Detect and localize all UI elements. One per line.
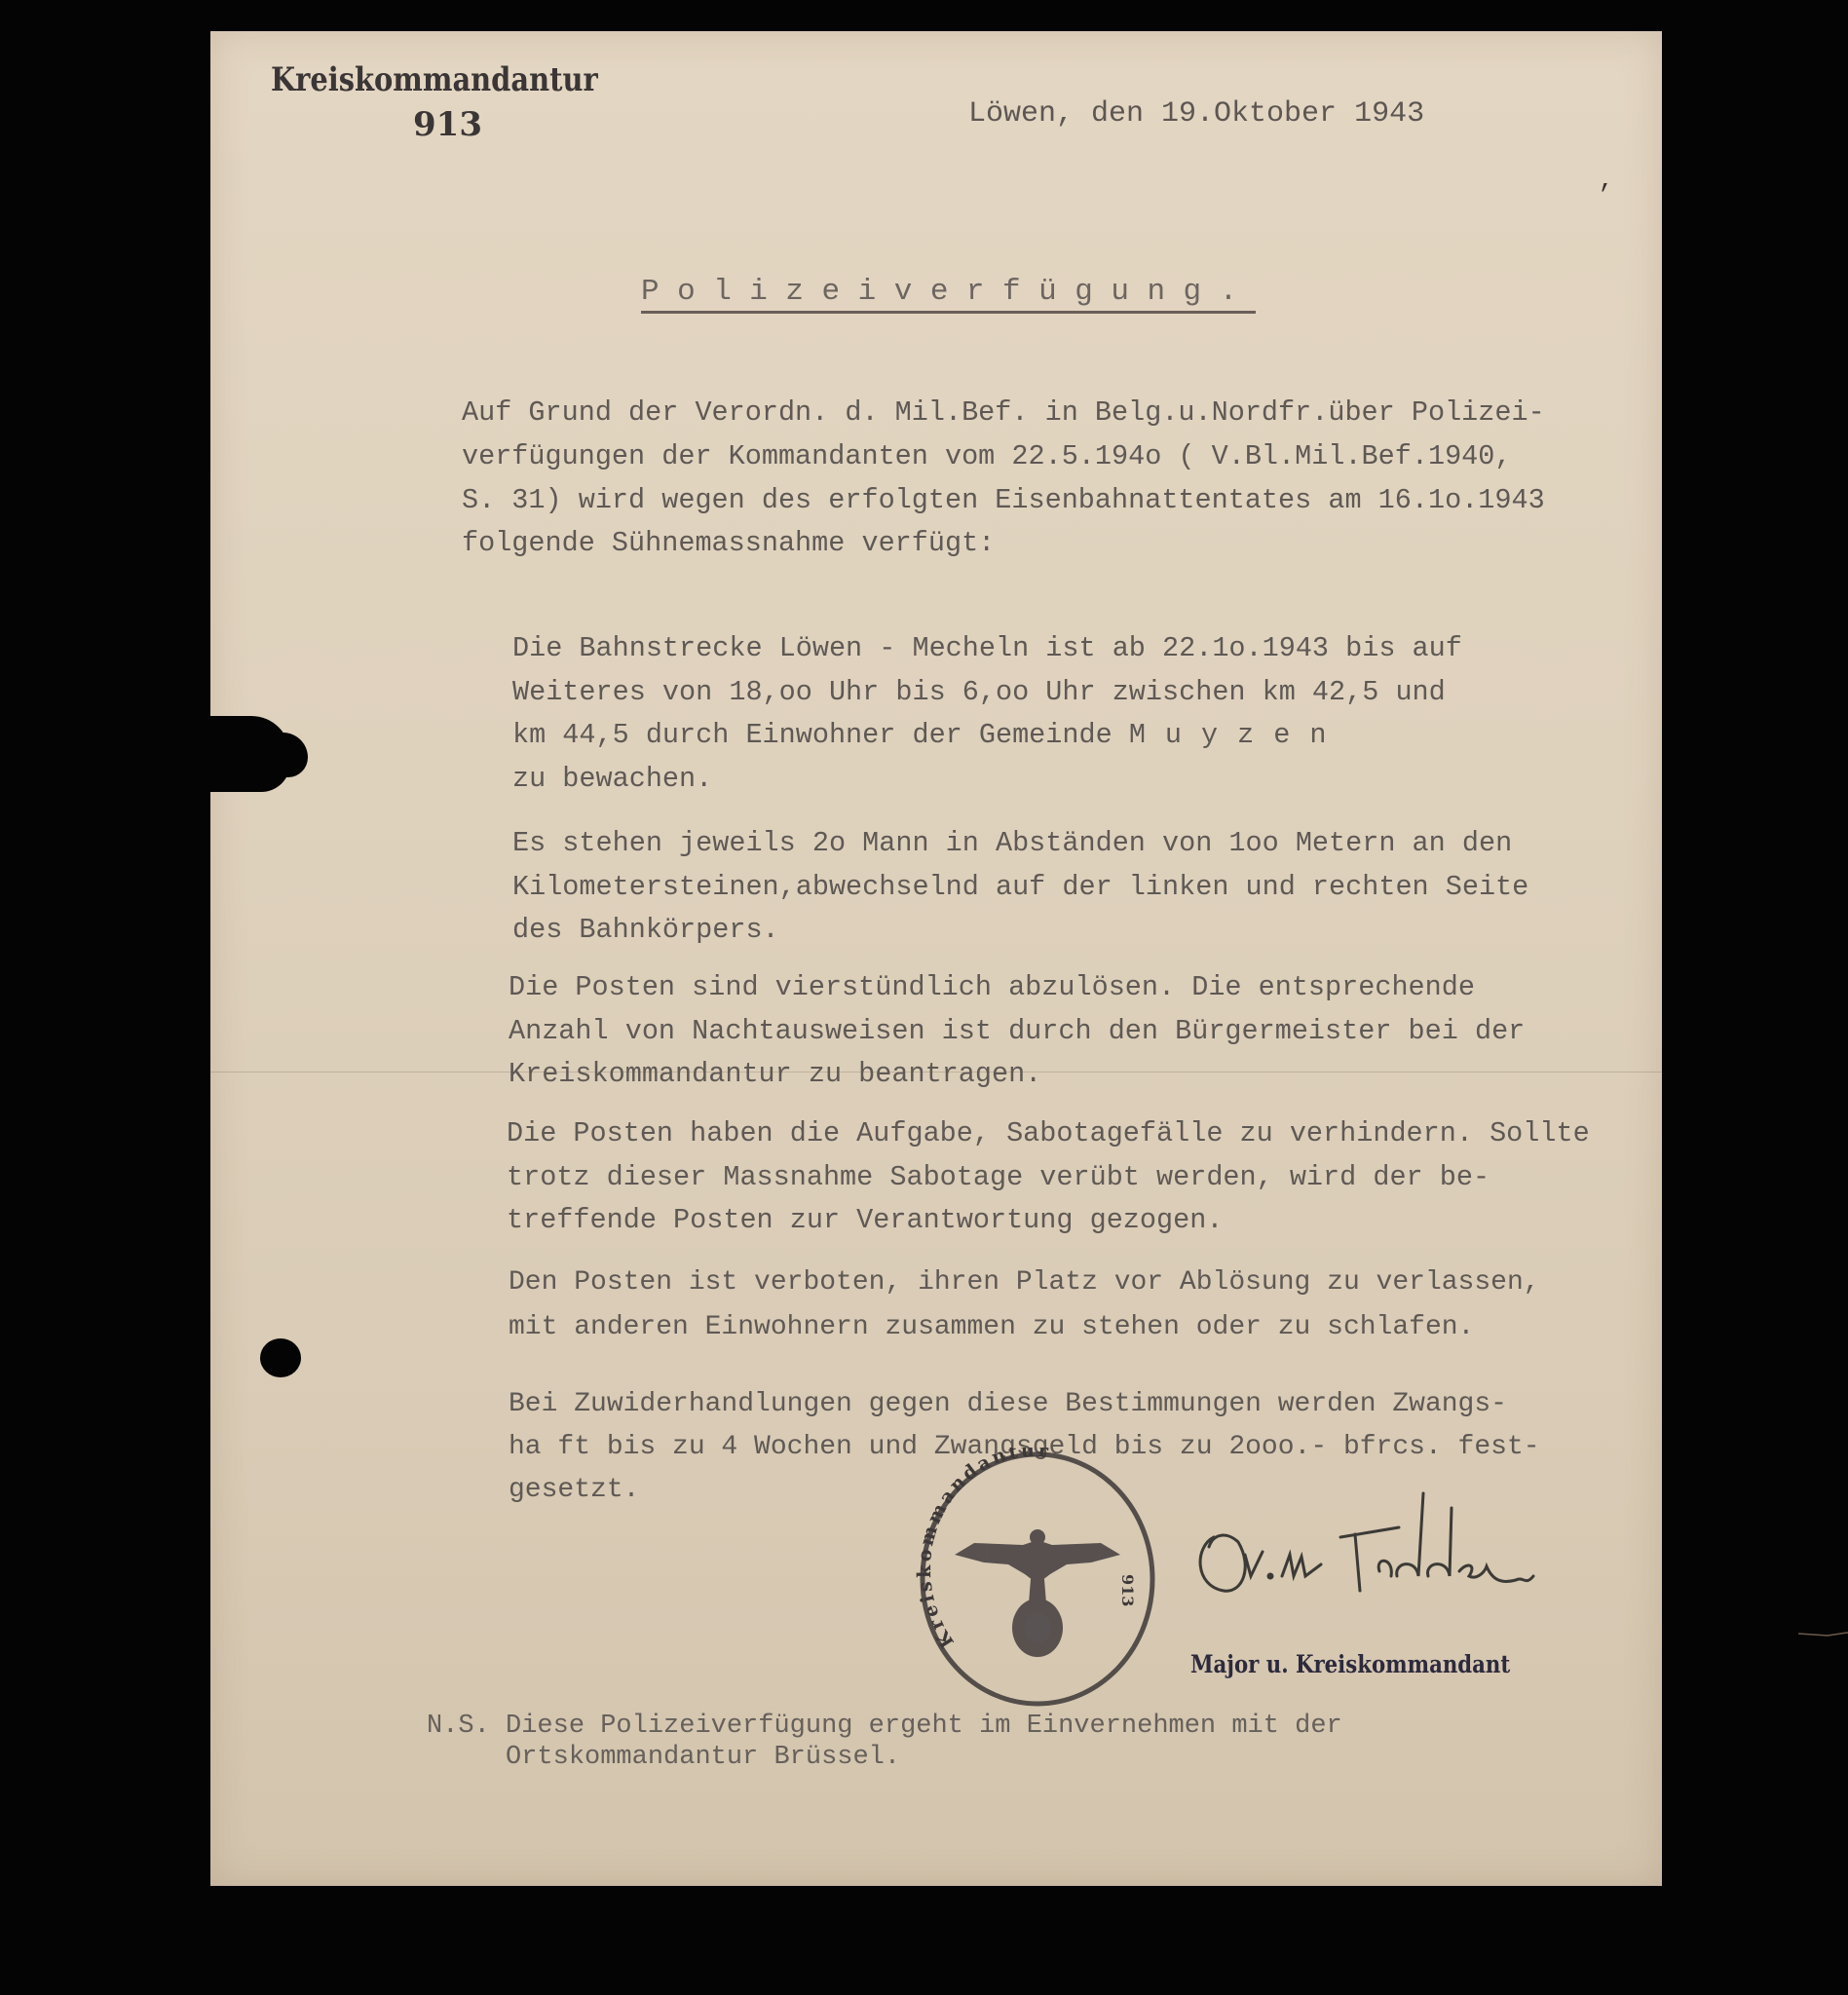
paragraph-relief: Die Posten sind vierstündlich abzulösen.… — [509, 966, 1525, 1097]
letterhead-number: 913 — [413, 105, 482, 144]
paragraph-duty: Die Posten haben die Aufgabe, Sabotagefä… — [507, 1112, 1590, 1243]
text-line: zu bewachen. — [512, 758, 1462, 802]
edge-tear — [1798, 1624, 1848, 1643]
text-line: Bei Zuwiderhandlungen gegen diese Bestim… — [509, 1383, 1540, 1426]
intro-paragraph: Auf Grund der Verordn. d. Mil.Bef. in Be… — [462, 392, 1545, 566]
text-line: Anzahl von Nachtausweisen ist durch den … — [509, 1010, 1525, 1054]
text-line: Die Bahnstrecke Löwen - Mecheln ist ab 2… — [512, 627, 1462, 671]
stamp-number: 913 — [1118, 1574, 1137, 1606]
margin-mark: , — [1599, 166, 1614, 195]
text-line: Weiteres von 18,oo Uhr bis 6,oo Uhr zwis… — [512, 671, 1462, 715]
text-line: S. 31) wird wegen des erfolgten Eisenbah… — [462, 479, 1545, 523]
text-line: verfügungen der Kommandanten vom 22.5.19… — [462, 435, 1545, 479]
text-line: Kreiskommandantur zu beantragen. — [509, 1053, 1525, 1097]
official-stamp: Kreiskommandantur 913 — [916, 1448, 1159, 1711]
torn-edge-detail — [203, 733, 308, 777]
text-line: Kilometersteinen,abwechselnd auf der lin… — [512, 866, 1528, 910]
place-date: Löwen, den 19.Oktober 1943 — [968, 97, 1424, 131]
text-line: des Bahnkörpers. — [512, 909, 1528, 953]
paragraph-prohibitions: Den Posten ist verboten, ihren Platz vor… — [509, 1261, 1540, 1350]
text-line: Auf Grund der Verordn. d. Mil.Bef. in Be… — [462, 392, 1545, 435]
text-line: Ortskommandantur Brüssel. — [427, 1742, 1342, 1773]
text-line: trotz dieser Massnahme Sabotage verübt w… — [507, 1156, 1590, 1200]
text-line: folgende Sühnemassnahme verfügt: — [462, 522, 1545, 566]
letterhead-organization: Kreiskommandantur — [271, 60, 598, 99]
text-line: treffende Posten zur Verantwortung gezog… — [507, 1199, 1590, 1243]
text-line: Die Posten sind vierstündlich abzulösen.… — [509, 966, 1525, 1010]
paragraph-posting: Es stehen jeweils 2o Mann in Abständen v… — [512, 822, 1528, 953]
text-line: N.S. Diese Polizeiverfügung ergeht im Ei… — [427, 1711, 1342, 1742]
signer-title: Major u. Kreiskommandant — [1190, 1650, 1510, 1678]
text-line: Den Posten ist verboten, ihren Platz vor… — [509, 1261, 1540, 1305]
document-sheet: Kreiskommandantur 913 Löwen, den 19.Okto… — [210, 31, 1662, 1886]
text-line: mit anderen Einwohnern zusammen zu stehe… — [509, 1305, 1540, 1350]
emphasized-place: Muyzen — [1129, 719, 1346, 751]
document-title: Polizeiverfügung. — [641, 275, 1256, 314]
text-line: Es stehen jeweils 2o Mann in Abständen v… — [512, 822, 1528, 866]
text-line: Die Posten haben die Aufgabe, Sabotagefä… — [507, 1112, 1590, 1156]
handwritten-signature: v. Thadden — [1185, 1479, 1574, 1615]
paragraph-railway-guard: Die Bahnstrecke Löwen - Mecheln ist ab 2… — [512, 627, 1462, 801]
punch-hole — [260, 1338, 301, 1377]
postscript: N.S. Diese Polizeiverfügung ergeht im Ei… — [427, 1711, 1342, 1773]
text-line: km 44,5 durch Einwohner der Gemeinde Muy… — [512, 714, 1462, 758]
